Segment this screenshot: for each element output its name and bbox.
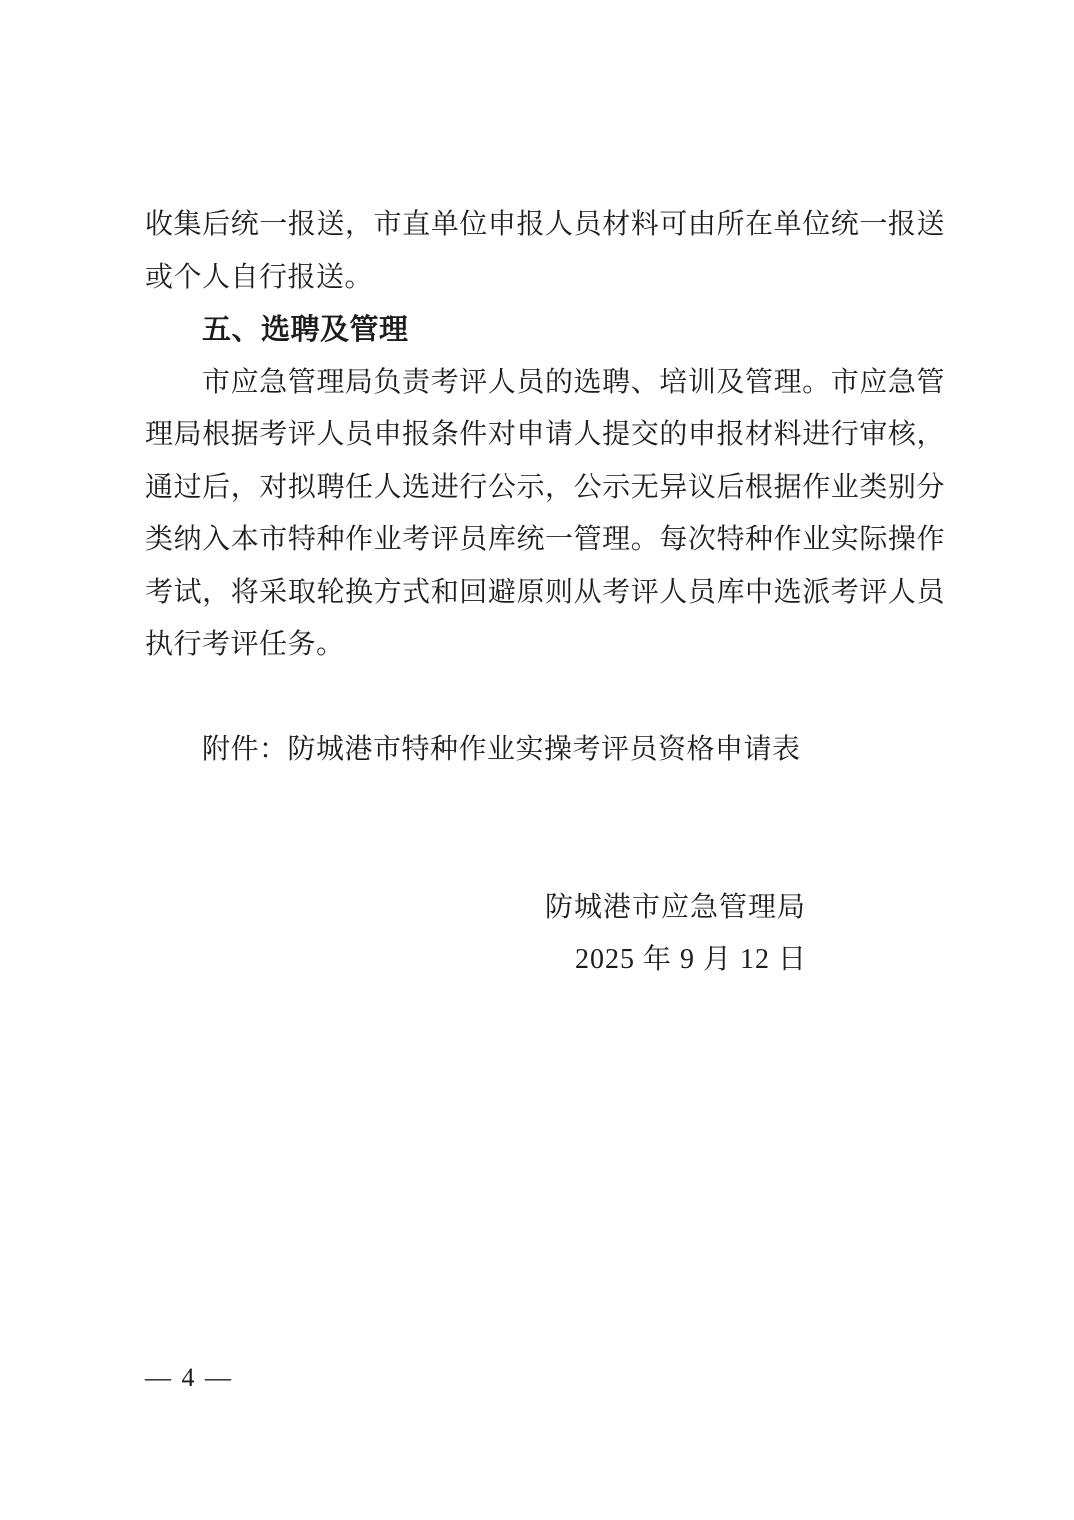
paragraph-line: 或个人自行报送。 (145, 252, 945, 305)
section-heading: 五、选聘及管理 (145, 304, 945, 357)
paragraph-line: 市应急管理局负责考评人员的选聘、培训及管理。市应急管 (145, 357, 945, 410)
paragraph-line: 理局根据考评人员申报条件对申请人提交的申报材料进行审核， (145, 409, 945, 462)
paragraph-line: 执行考评任务。 (145, 619, 945, 672)
document-page: 收集后统一报送，市直单位申报人员材料可由所在单位统一报送 或个人自行报送。 五、… (0, 0, 1074, 1520)
document-body: 收集后统一报送，市直单位申报人员材料可由所在单位统一报送 或个人自行报送。 五、… (145, 199, 945, 987)
paragraph-line: 通过后，对拟聘任人选进行公示，公示无异议后根据作业类别分 (145, 462, 945, 515)
paragraph-line: 类纳入本市特种作业考评员库统一管理。每次特种作业实际操作 (145, 514, 945, 567)
issuer-name: 防城港市应急管理局 (545, 882, 945, 935)
paragraph-line: 收集后统一报送，市直单位申报人员材料可由所在单位统一报送 (145, 199, 945, 252)
page-number: — 4 — (145, 1352, 233, 1404)
attachment-line: 附件：防城港市特种作业实操考评员资格申请表 (145, 724, 945, 777)
paragraph-line: 考试，将采取轮换方式和回避原则从考评人员库中选派考评人员 (145, 567, 945, 620)
issue-date: 2025 年 9 月 12 日 (575, 934, 945, 987)
